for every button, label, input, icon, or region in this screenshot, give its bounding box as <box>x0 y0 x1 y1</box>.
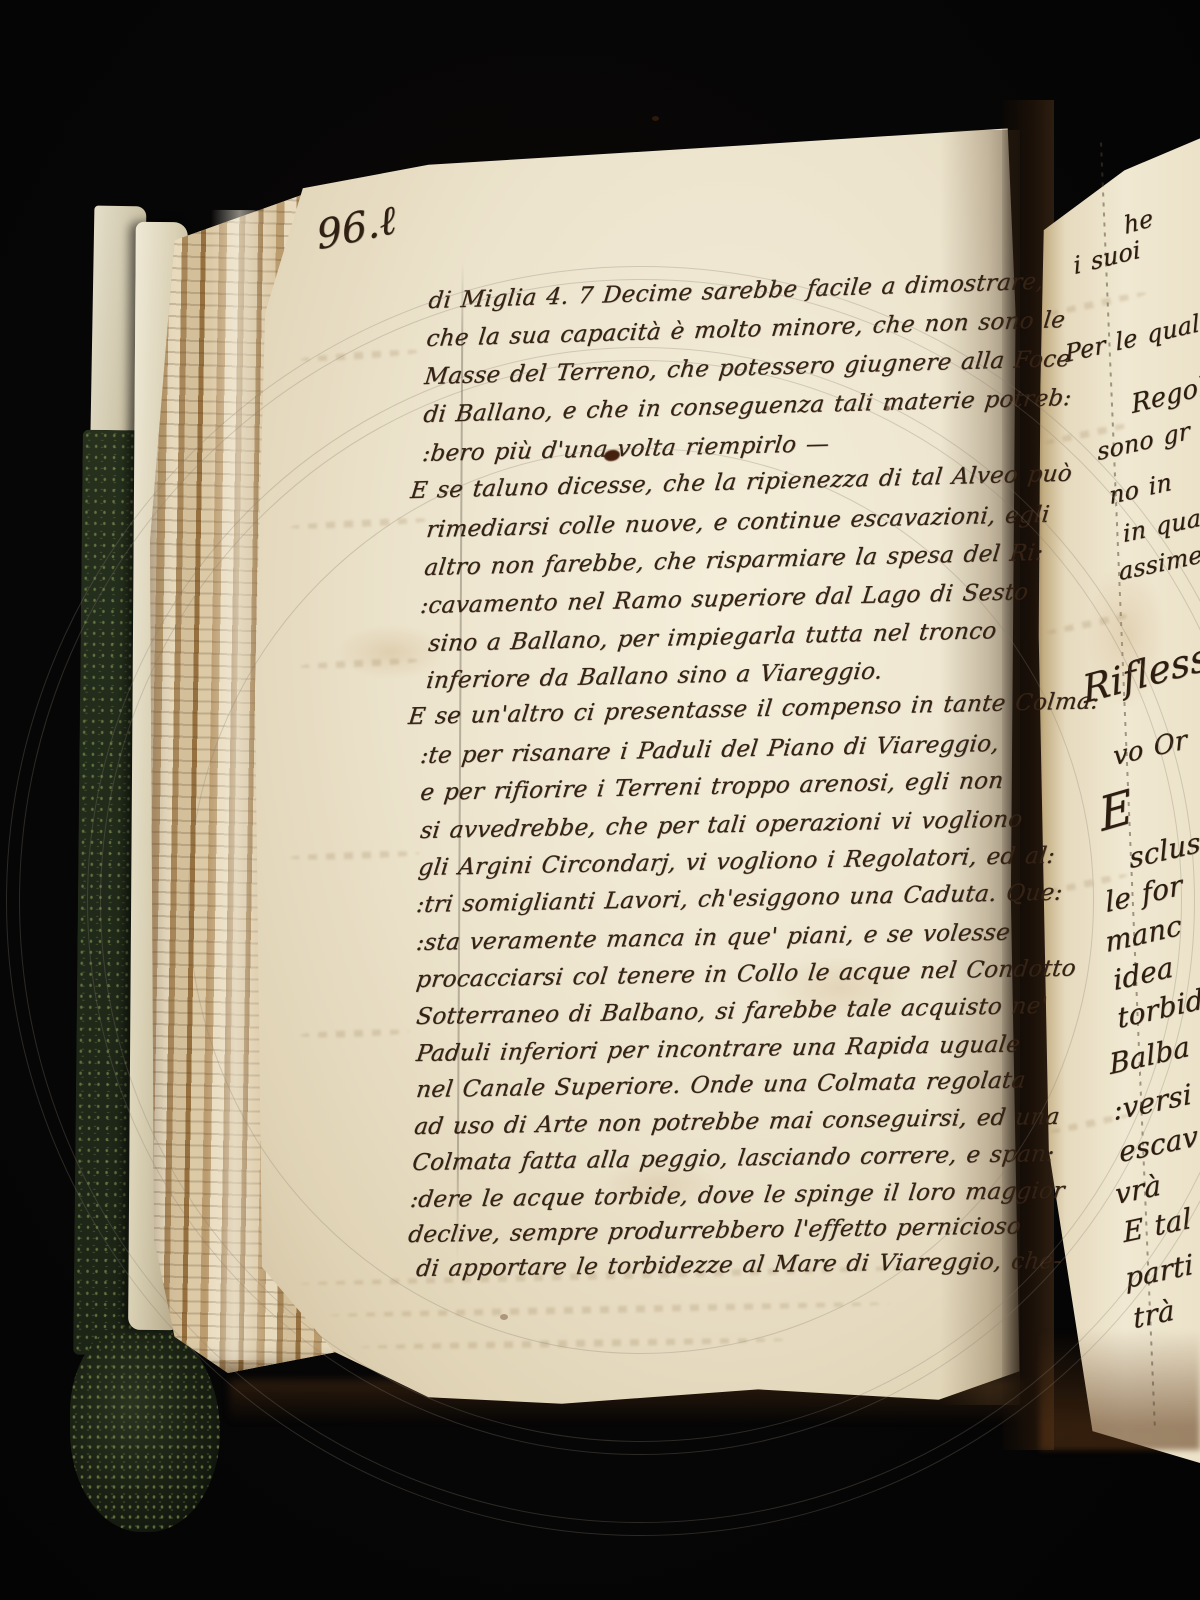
manuscript-photo: 96.ℓ di Miglia 4. 7 Decime sarebbe facil… <box>0 0 1200 1600</box>
book-cover-corner-texture <box>70 1322 220 1532</box>
manuscript-fragment: E <box>1096 779 1136 842</box>
ink-speck <box>652 116 659 121</box>
right-page-bottom-stain <box>1040 1330 1200 1450</box>
